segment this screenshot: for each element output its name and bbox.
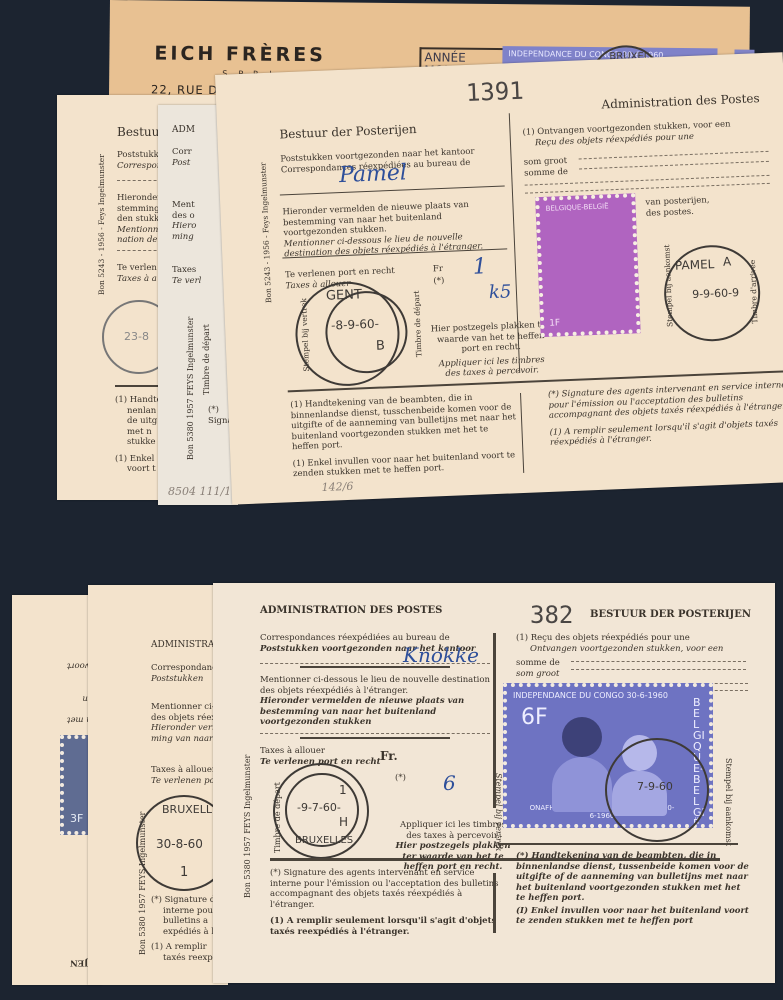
pencil-note: 142/6 [321,480,353,494]
form-title-fr: Administration des Postes [601,91,760,111]
serial-number: 1391 [465,77,524,107]
form-title-nl: BESTUUR DER POSTERIJEN [590,609,751,620]
printer-imprint: Bon 5380 1957 FEYS Ingelmunster [243,755,252,898]
congo-stamp-1f: BELGIQUE-BELGIË 1F [535,193,641,337]
postmark-pamel: PAMEL A 9-9-60-9 [662,243,762,343]
handwritten-amount: 1 [472,254,487,280]
postmark-knokke: 7-9-60 [605,738,709,842]
handwritten-destination: Pamel [339,160,408,188]
company-name: EICH FRÈRES [154,42,326,66]
pencil-note: 8504 111/1 [168,485,231,498]
form-title-nl: Bestuur der Posterijen [279,122,417,141]
parcel-form-1391: 1391 Bestuur der Posterijen Poststukken … [215,52,783,504]
serial-number: 382 [530,601,573,629]
back-form-c: ADMINISTRAT Correspondance Poststukken M… [88,585,228,985]
handwritten-amount: 6 [443,771,456,795]
printer-imprint: Bon 5243 - 1956 - Feys Ingelmunster [97,154,106,295]
parcel-form-382: ADMINISTRATION DES POSTES Correspondance… [213,583,775,983]
printer-imprint: Bon 5243 - 1956 - Feys Ingelmunster [259,162,274,303]
form-title-fr: ADMINISTRATION DES POSTES [260,605,442,616]
